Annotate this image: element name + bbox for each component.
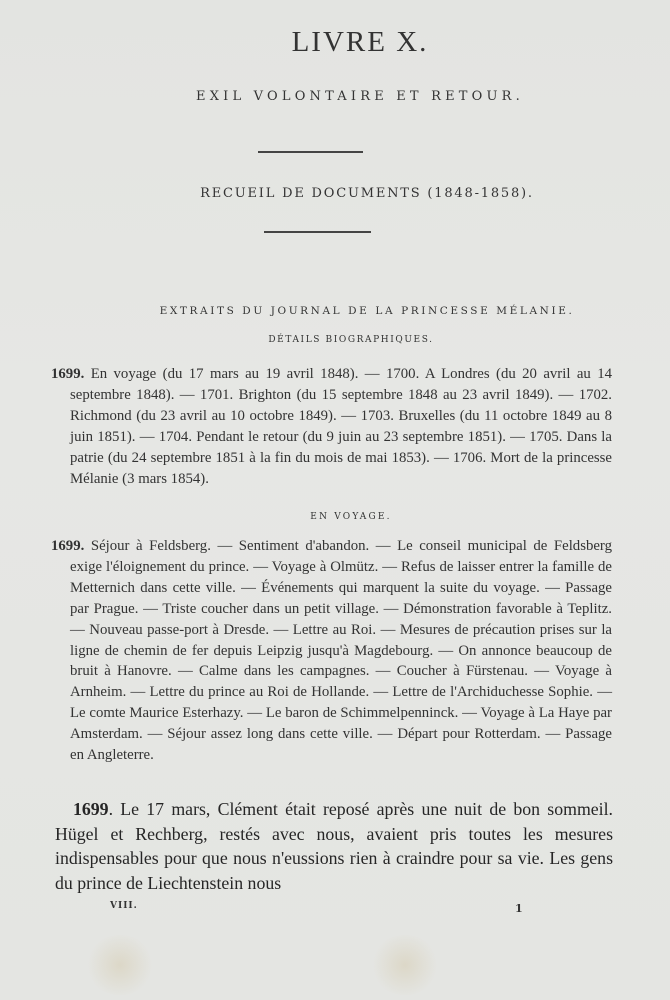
entry-number: 1699. bbox=[51, 538, 84, 554]
paragraph-number: 1699 bbox=[73, 799, 109, 819]
subheading-en-voyage: EN VOYAGE. bbox=[0, 512, 670, 522]
book-title: LIVRE X. bbox=[0, 26, 670, 59]
divider-rule bbox=[264, 231, 371, 233]
book-subtitle: EXIL VOLONTAIRE ET RETOUR. bbox=[0, 89, 670, 104]
subheading-details: DÉTAILS BIOGRAPHIQUES. bbox=[0, 335, 670, 345]
journal-title: EXTRAITS DU JOURNAL DE LA PRINCESSE MÉLA… bbox=[0, 305, 670, 317]
entry-number: 1699. bbox=[51, 366, 84, 382]
book-page: LIVRE X. EXIL VOLONTAIRE ET RETOUR. RECU… bbox=[0, 0, 670, 1000]
sheet-number: 1 bbox=[515, 902, 523, 915]
volume-signature: VIII. bbox=[110, 901, 138, 911]
body-paragraph: 1699. Le 17 mars, Clément était reposé a… bbox=[55, 797, 613, 895]
summary-paragraph-voyage: 1699. Séjour à Feldsberg. — Sentiment d'… bbox=[70, 536, 612, 766]
entry-text: Séjour à Feldsberg. — Sentiment d'abando… bbox=[70, 538, 612, 763]
summary-paragraph-biographical: 1699. En voyage (du 17 mars au 19 avril … bbox=[70, 364, 612, 489]
entry-text: En voyage (du 17 mars au 19 avril 1848).… bbox=[70, 366, 612, 487]
paragraph-text: . Le 17 mars, Clément était reposé après… bbox=[55, 799, 613, 893]
paper-stain bbox=[370, 935, 440, 995]
paper-stain bbox=[85, 935, 155, 995]
section-title: RECUEIL DE DOCUMENTS (1848-1858). bbox=[0, 186, 670, 201]
divider-rule bbox=[258, 151, 363, 153]
